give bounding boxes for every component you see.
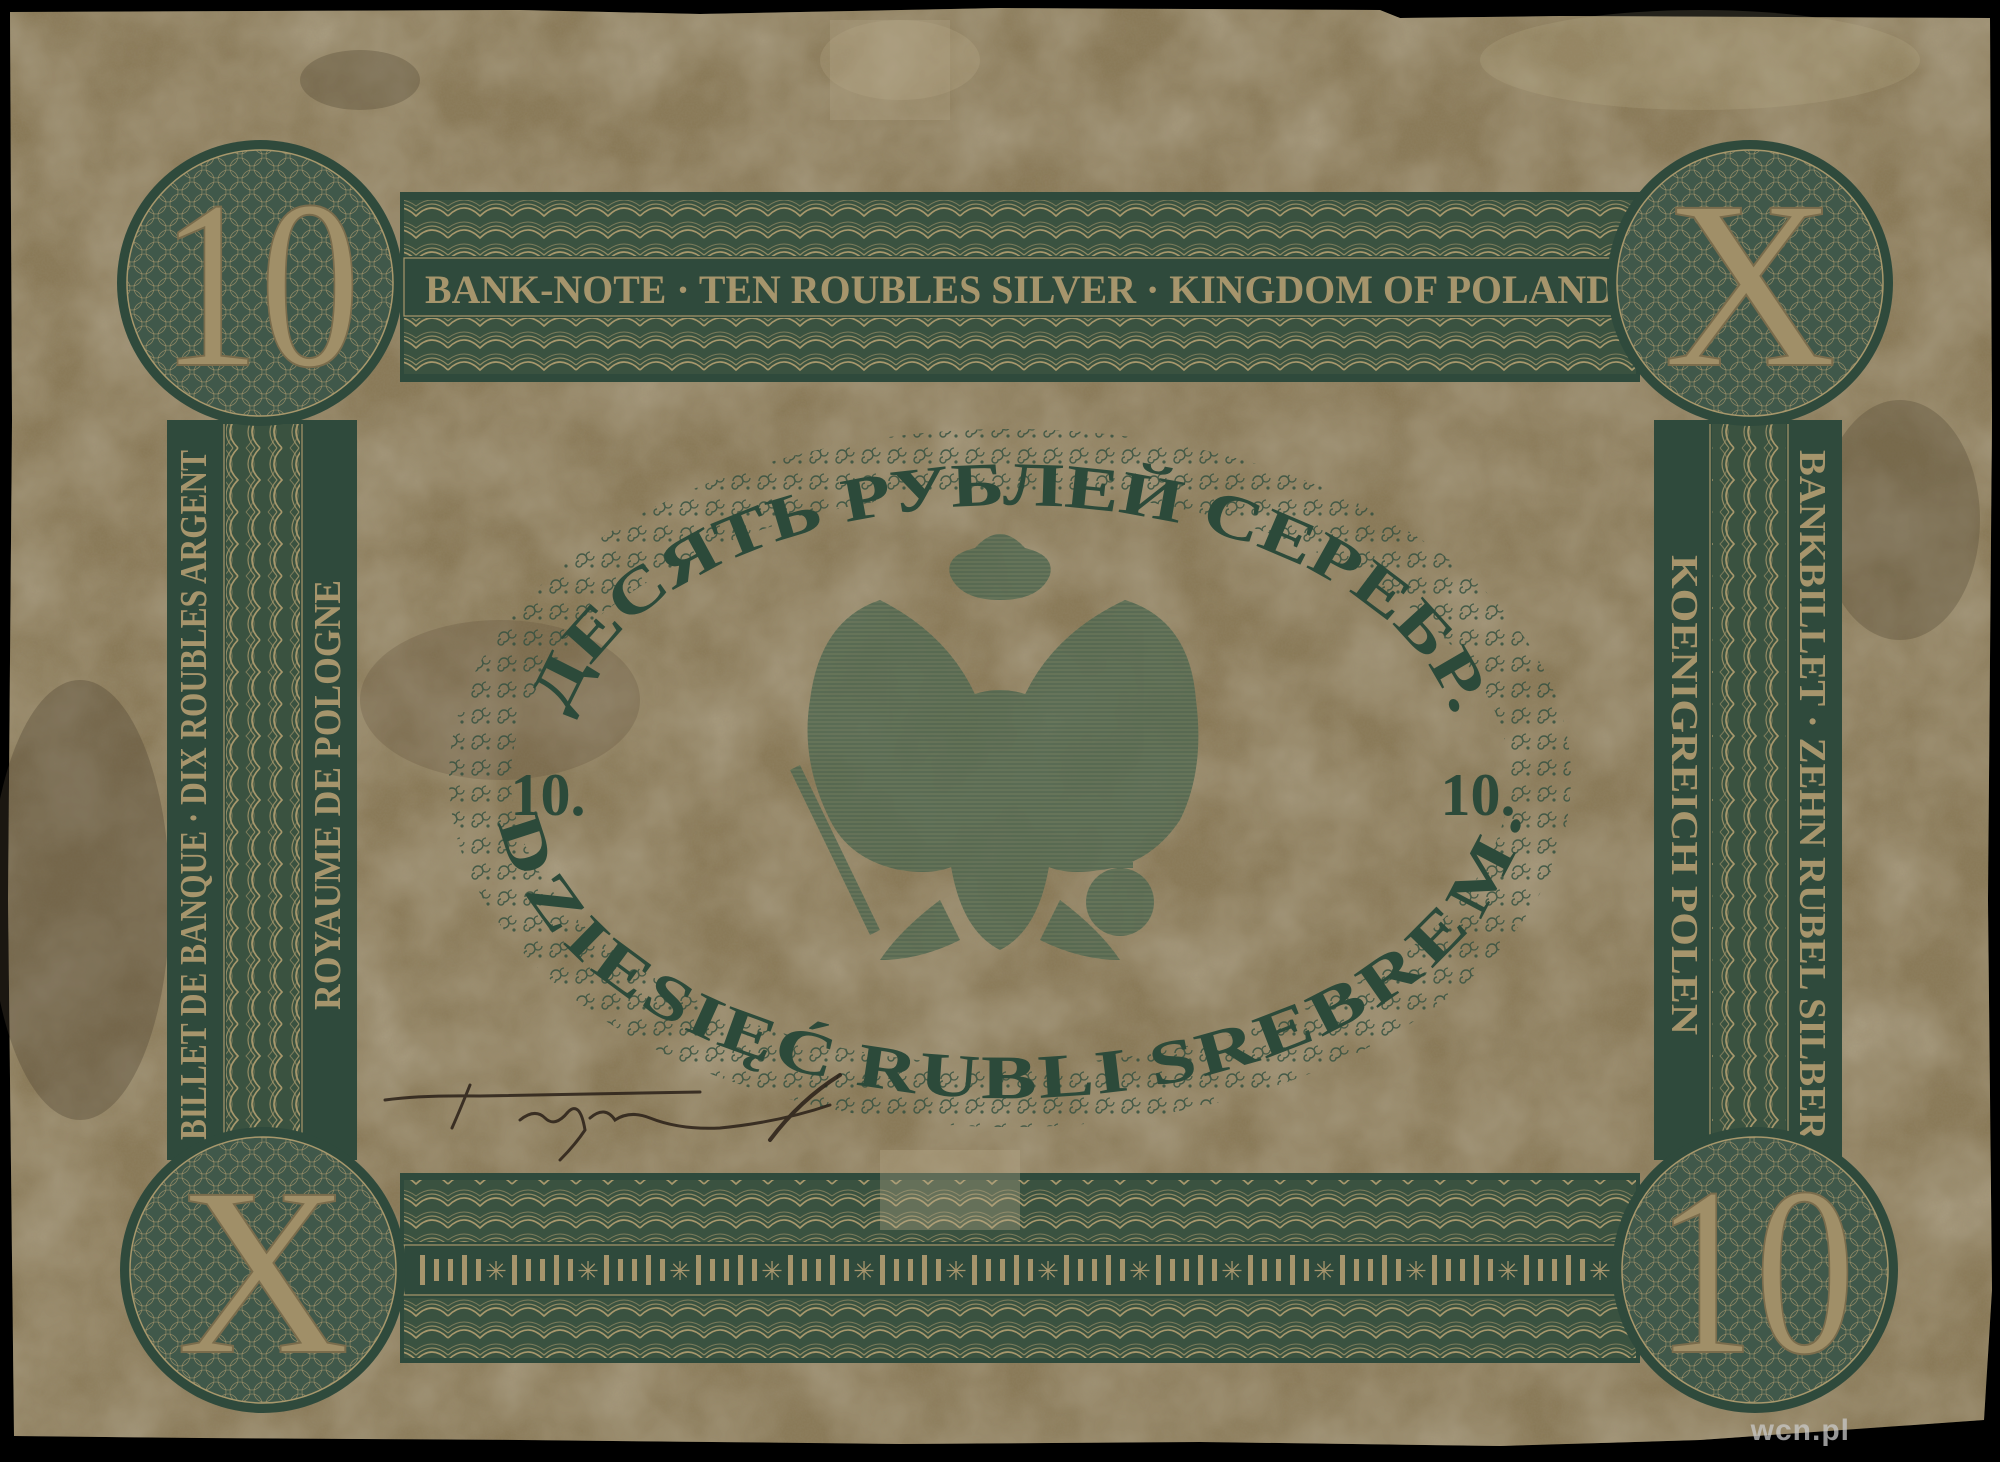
- svg-text:✳: ✳: [945, 1257, 967, 1286]
- corner-denomination: 10: [160, 151, 360, 417]
- svg-text:✳: ✳: [761, 1257, 783, 1286]
- top-band-text: BANK-NOTE · TEN ROUBLES SILVER · KINGDOM…: [425, 267, 1615, 312]
- corner-medallion-bottom-left: X: [120, 1127, 406, 1413]
- tape-repair: [830, 20, 950, 120]
- corner-denomination: X: [176, 1138, 349, 1404]
- right-band-inner-text: KOENIGREICH POLEN: [1663, 555, 1705, 1035]
- svg-text:✳: ✳: [1497, 1257, 1519, 1286]
- svg-text:✳: ✳: [669, 1257, 691, 1286]
- left-band-outer-text: BILLET DE BANQUE · DIX ROUBLES ARGENT: [173, 450, 215, 1140]
- corner-medallion-bottom-right: 10: [1612, 1127, 1898, 1413]
- svg-text:✳: ✳: [485, 1257, 507, 1286]
- corner-denomination: 10: [1655, 1138, 1855, 1404]
- svg-text:✳: ✳: [1221, 1257, 1243, 1286]
- banknote-image: BANK-NOTE · TEN ROUBLES SILVER · KINGDOM…: [0, 0, 2000, 1462]
- svg-text:✳: ✳: [1129, 1257, 1151, 1286]
- corner-medallion-top-left: 10: [117, 140, 403, 426]
- right-band-outer-text: BANKBILLET · ZEHN RUBEL SILBER: [1791, 450, 1833, 1141]
- left-band: BILLET DE BANQUE · DIX ROUBLES ARGENT RO…: [167, 420, 357, 1160]
- oval-left-numeral: 10.: [511, 762, 586, 828]
- right-band: BANKBILLET · ZEHN RUBEL SILBER KOENIGREI…: [1654, 420, 1842, 1160]
- corner-denomination: X: [1663, 151, 1836, 417]
- svg-text:✳: ✳: [1589, 1257, 1611, 1286]
- watermark: wcn.pl: [1751, 1414, 1850, 1448]
- top-band: BANK-NOTE · TEN ROUBLES SILVER · KINGDOM…: [400, 192, 1640, 382]
- svg-text:✳: ✳: [853, 1257, 875, 1286]
- left-band-inner-text: ROYAUME DE POLOGNE: [307, 580, 349, 1010]
- svg-text:✳: ✳: [1037, 1257, 1059, 1286]
- svg-text:✳: ✳: [1405, 1257, 1427, 1286]
- tape-repair: [880, 1150, 1020, 1230]
- svg-text:✳: ✳: [577, 1257, 599, 1286]
- svg-text:✳: ✳: [1313, 1257, 1335, 1286]
- corner-medallion-top-right: X: [1607, 140, 1893, 426]
- oval-right-numeral: 10.: [1441, 762, 1516, 828]
